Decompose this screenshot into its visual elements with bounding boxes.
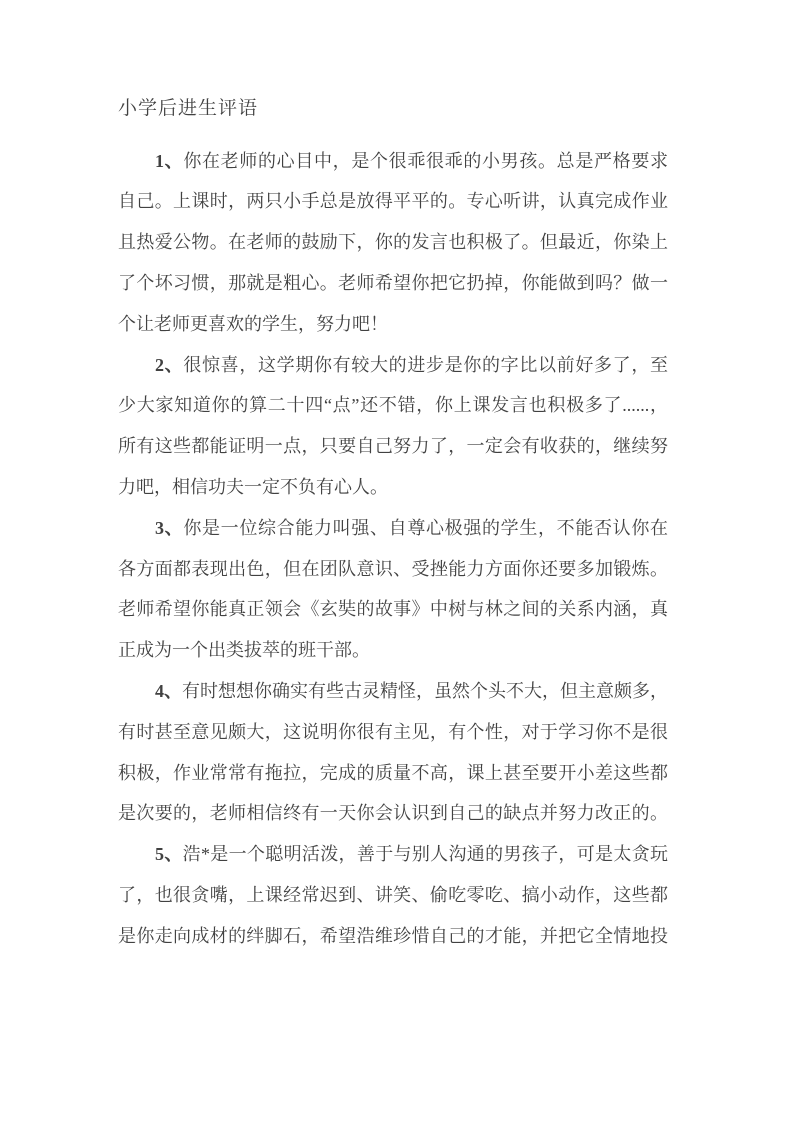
text-line: 积极，作业常常有拖拉，完成的质量不高，课上甚至要开小差这些都 [118, 753, 668, 794]
text-line: 个让老师更喜欢的学生，努力吧！ [118, 304, 668, 345]
text-line: 是你走向成材的绊脚石，希望浩维珍惜自己的才能，并把它全情地投 [118, 916, 668, 957]
document-content: 小学后进生评语 1、你在老师的心目中，是个很乖很乖的小男孩。总是严格要求 自己。… [118, 89, 668, 957]
paragraph-number: 2、 [155, 355, 183, 375]
text-line: 且热爱公物。在老师的鼓励下，你的发言也积极了。但最近，你染上 [118, 222, 668, 263]
text-line: 是次要的，老师相信终有一天你会认识到自己的缺点并努力改正的。 [118, 793, 668, 834]
text-line: 老师希望你能真正领会《玄奘的故事》中树与林之间的关系内涵，真 [118, 589, 668, 630]
text-line-content: 有时想想你确实有些古灵精怪，虽然个头不大，但主意颇多， [182, 681, 668, 701]
text-line: 4、有时想想你确实有些古灵精怪，虽然个头不大，但主意颇多， [118, 671, 668, 712]
text-line: 正成为一个出类拔萃的班干部。 [118, 630, 668, 671]
text-line: 5、浩*是一个聪明活泼，善于与别人沟通的男孩子，可是太贪玩 [118, 834, 668, 875]
text-line: 1、你在老师的心目中，是个很乖很乖的小男孩。总是严格要求 [118, 141, 668, 182]
comment-paragraph-5: 5、浩*是一个聪明活泼，善于与别人沟通的男孩子，可是太贪玩 了，也很贪嘴，上课经… [118, 834, 668, 956]
text-line: 了，也很贪嘴，上课经常迟到、讲笑、偷吃零吃、搞小动作，这些都 [118, 875, 668, 916]
text-line-content: 你是一位综合能力叫强、自尊心极强的学生，不能否认你在 [183, 518, 668, 538]
paragraph-number: 4、 [155, 681, 182, 701]
paragraph-number: 3、 [155, 518, 183, 538]
text-line-content: 你在老师的心目中，是个很乖很乖的小男孩。总是严格要求 [183, 151, 668, 171]
text-line: 各方面都表现出色，但在团队意识、受挫能力方面你还要多加锻炼。 [118, 549, 668, 590]
text-line-content: 浩*是一个聪明活泼，善于与别人沟通的男孩子，可是太贪玩 [183, 844, 668, 864]
paragraph-number: 1、 [155, 151, 183, 171]
paragraph-number: 5、 [155, 844, 183, 864]
text-line: 了个坏习惯，那就是粗心。老师希望你把它扔掉，你能做到吗？做一 [118, 263, 668, 304]
text-line: 3、你是一位综合能力叫强、自尊心极强的学生，不能否认你在 [118, 508, 668, 549]
text-line: 少大家知道你的算二十四“点”还不错，你上课发言也积极多了......， [118, 385, 668, 426]
text-line: 自己。上课时，两只小手总是放得平平的。专心听讲，认真完成作业 [118, 181, 668, 222]
text-line: 2、很惊喜，这学期你有较大的进步是你的字比以前好多了，至 [118, 345, 668, 386]
comment-paragraph-4: 4、有时想想你确实有些古灵精怪，虽然个头不大，但主意颇多， 有时甚至意见颇大，这… [118, 671, 668, 834]
document-page: 小学后进生评语 1、你在老师的心目中，是个很乖很乖的小男孩。总是严格要求 自己。… [0, 0, 793, 1122]
text-line: 力吧，相信功夫一定不负有心人。 [118, 467, 668, 508]
text-line: 所有这些都能证明一点，只要自己努力了，一定会有收获的，继续努 [118, 426, 668, 467]
comment-paragraph-1: 1、你在老师的心目中，是个很乖很乖的小男孩。总是严格要求 自己。上课时，两只小手… [118, 141, 668, 345]
text-line: 有时甚至意见颇大，这说明你很有主见，有个性，对于学习你不是很 [118, 712, 668, 753]
document-title: 小学后进生评语 [118, 89, 668, 130]
comment-paragraph-3: 3、你是一位综合能力叫强、自尊心极强的学生，不能否认你在 各方面都表现出色，但在… [118, 508, 668, 671]
text-line-content: 很惊喜，这学期你有较大的进步是你的字比以前好多了，至 [183, 355, 668, 375]
comment-paragraph-2: 2、很惊喜，这学期你有较大的进步是你的字比以前好多了，至 少大家知道你的算二十四… [118, 345, 668, 508]
